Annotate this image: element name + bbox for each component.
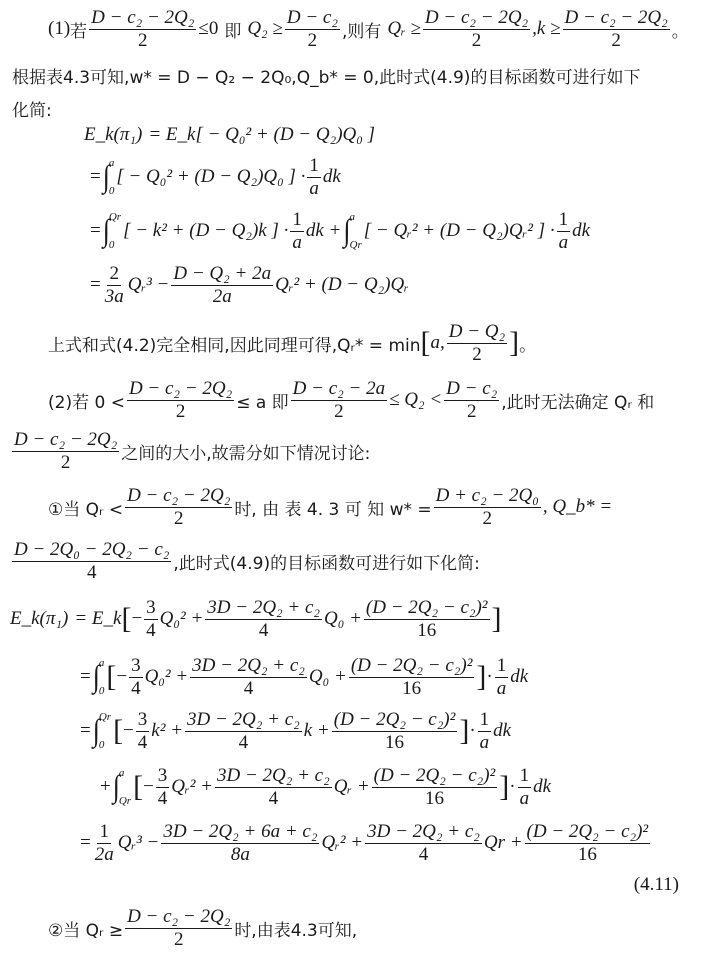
case2-line: (2)若 0 < D − c₂ − 2Q₂2 ≤ a 即 D − c₂ − 2a… bbox=[48, 377, 654, 423]
period: 。 bbox=[519, 331, 536, 356]
paragraph-text: 化简: bbox=[12, 96, 52, 121]
numerator: D − 2Q₀ − 2Q₂ − c₂ bbox=[12, 540, 171, 562]
denominator: 2 bbox=[172, 929, 186, 950]
numerator: 1 bbox=[290, 210, 304, 232]
numerator: 1 bbox=[518, 766, 532, 788]
term: Q₀² + bbox=[160, 608, 204, 630]
numerator: D − c₂ − 2Q₂ bbox=[423, 8, 530, 30]
fraction: 3D − 2Q₂ + c₂4 bbox=[215, 766, 332, 809]
numerator: 1 bbox=[557, 210, 571, 232]
text: 之间的大小,故需分如下情况讨论: bbox=[121, 439, 370, 464]
denominator: 4 bbox=[85, 562, 99, 583]
numerator: 3 bbox=[129, 656, 143, 678]
numerator: 3D − 2Q₂ + c₂ bbox=[365, 822, 482, 844]
denominator: 4 bbox=[267, 788, 281, 809]
equals: = bbox=[90, 166, 101, 188]
upper-limit: Qr bbox=[99, 711, 111, 723]
subcase-label: ①当 Qᵣ < bbox=[48, 495, 123, 520]
denominator: 2 bbox=[481, 508, 495, 529]
term: Q₀ + bbox=[324, 608, 362, 630]
numerator: 1 bbox=[495, 656, 509, 678]
differential: dk bbox=[493, 720, 511, 742]
text: , Q_b* = bbox=[543, 496, 612, 518]
minus: − bbox=[131, 608, 142, 630]
denominator: 4 bbox=[257, 620, 271, 641]
lower-limit: 0 bbox=[109, 239, 121, 251]
integral-icon: ∫ bbox=[103, 215, 110, 246]
denominator: 2 bbox=[609, 30, 623, 51]
denominator: 2 bbox=[470, 30, 484, 51]
numerator: 3D − 2Q₂ + c₂ bbox=[215, 766, 332, 788]
denominator: 2a bbox=[93, 844, 116, 865]
fraction: 1a bbox=[307, 156, 321, 199]
fraction: D − c₂ − 2a2 bbox=[291, 379, 387, 422]
denominator: a bbox=[495, 678, 509, 699]
paragraph-text: 上式和式(4.2)完全相同,因此同理可得,Qᵣ* = min bbox=[48, 331, 421, 356]
term: Qᵣ² + (D − Q₂)Qᵣ bbox=[275, 274, 409, 296]
denominator: 16 bbox=[576, 844, 599, 865]
denominator: 8a bbox=[229, 844, 252, 865]
integral: ∫a0 bbox=[93, 657, 105, 697]
upper-limit: Qr bbox=[109, 211, 121, 223]
numerator: (D − 2Q₂ − c₂)² bbox=[525, 822, 651, 844]
right-bracket: ] bbox=[459, 716, 469, 746]
term: Qr + bbox=[484, 832, 523, 854]
denominator: 16 bbox=[400, 678, 423, 699]
equation-line: = 12a Qᵣ³ − 3D − 2Q₂ + 6a + c₂8a Qᵣ² + 3… bbox=[80, 818, 652, 868]
fraction: (D − 2Q₂ − c₂)²16 bbox=[364, 598, 490, 641]
numerator: D − c₂ − 2Q₂ bbox=[125, 486, 232, 508]
denominator: 16 bbox=[415, 620, 438, 641]
numerator: (D − 2Q₂ − c₂)² bbox=[364, 598, 490, 620]
right-bracket: ] bbox=[509, 328, 519, 358]
integral-icon: ∫ bbox=[343, 215, 350, 246]
fraction: 34 bbox=[144, 598, 158, 641]
fraction: 3D − 2Q₂ + c₂4 bbox=[190, 656, 307, 699]
integrand: [ − k² + (D − Q₂)k ] · bbox=[123, 220, 288, 242]
fraction: 1a bbox=[478, 710, 492, 753]
numerator: (D − 2Q₂ − c₂)² bbox=[332, 710, 458, 732]
case-label: (1) bbox=[48, 18, 70, 40]
fraction: 34 bbox=[136, 710, 150, 753]
dot: · bbox=[509, 776, 515, 798]
numerator: D − c₂ − 2Q₂ bbox=[12, 430, 119, 452]
left-bracket: [ bbox=[421, 328, 431, 358]
fraction: D − c₂ − 2Q₂2 bbox=[127, 379, 234, 422]
dot: · bbox=[486, 666, 492, 688]
subcase1-line2: D − 2Q₀ − 2Q₂ − c₂4 ,此时式(4.9)的目标函数可进行如下化… bbox=[10, 538, 480, 584]
equation-line: = 23a Qᵣ³ − D − Q₂ + 2a2a Qᵣ² + (D − Q₂)… bbox=[90, 260, 409, 310]
fraction: 34 bbox=[156, 766, 170, 809]
right-bracket: ] bbox=[499, 772, 509, 802]
minus: − bbox=[116, 666, 127, 688]
numerator: 1 bbox=[97, 822, 111, 844]
case2-line2: D − c₂ − 2Q₂2 之间的大小,故需分如下情况讨论: bbox=[10, 428, 370, 474]
equation-number: (4.11) bbox=[634, 874, 679, 896]
fraction: D − 2Q₀ − 2Q₂ − c₂4 bbox=[12, 540, 171, 583]
text: 若 bbox=[70, 17, 87, 42]
subcase-label: ②当 Qᵣ ≥ bbox=[48, 916, 123, 941]
subcase2-line: ②当 Qᵣ ≥ D − c₂ − 2Q₂2 时,由表4.3可知, bbox=[48, 905, 357, 951]
denominator: a bbox=[478, 732, 492, 753]
denominator: 16 bbox=[383, 732, 406, 753]
text: 时, 由 表 4. 3 可 知 w* = bbox=[234, 495, 431, 520]
differential: dk bbox=[572, 220, 590, 242]
numerator: D − Q₂ bbox=[447, 322, 507, 344]
differential: dk bbox=[323, 166, 341, 188]
denominator: 2 bbox=[306, 30, 320, 51]
fraction: 3D − 2Q₂ + c₂4 bbox=[185, 710, 302, 753]
denominator: 4 bbox=[144, 620, 158, 641]
equation-line: = ∫Qr0 [ − k² + (D − Q₂)k ] · 1a dk + ∫a… bbox=[90, 204, 590, 258]
numerator: (D − 2Q₂ − c₂)² bbox=[372, 766, 498, 788]
numerator: 3D − 2Q₂ + c₂ bbox=[185, 710, 302, 732]
denominator: 16 bbox=[423, 788, 446, 809]
denominator: 2 bbox=[465, 401, 479, 422]
equals: = bbox=[90, 274, 101, 296]
numerator: 3 bbox=[144, 598, 158, 620]
numerator: D − c₂ − 2a bbox=[291, 379, 387, 401]
text: 时,由表4.3可知, bbox=[234, 916, 357, 941]
numerator: 3 bbox=[156, 766, 170, 788]
denominator: 2 bbox=[172, 508, 186, 529]
fraction: D − c₂2 bbox=[444, 379, 499, 422]
numerator: 3D − 2Q₂ + c₂ bbox=[205, 598, 322, 620]
fraction: D − Q₂2 bbox=[447, 322, 507, 365]
term: Qᵣ³ − bbox=[128, 274, 170, 296]
fraction: D + c₂ − 2Q₀2 bbox=[434, 486, 541, 529]
numerator: (D − 2Q₂ − c₂)² bbox=[349, 656, 475, 678]
denominator: 3a bbox=[103, 286, 126, 307]
fraction: (D − 2Q₂ − c₂)²16 bbox=[349, 656, 475, 699]
fraction: D − c₂ − 2Q₂2 bbox=[89, 8, 196, 51]
equals: = bbox=[90, 220, 101, 242]
denominator: 4 bbox=[129, 678, 143, 699]
integral: ∫aQr bbox=[343, 211, 361, 251]
denominator: a bbox=[290, 232, 304, 253]
fraction: 3D − 2Q₂ + c₂4 bbox=[205, 598, 322, 641]
integral-icon: ∫ bbox=[113, 771, 120, 802]
fraction: (D − 2Q₂ − c₂)²16 bbox=[332, 710, 458, 753]
denominator: 2 bbox=[136, 30, 150, 51]
term: Q₀ + bbox=[309, 666, 347, 688]
term: Qᵣ³ − bbox=[118, 832, 160, 854]
fraction: D − c₂ − 2Q₂2 bbox=[125, 907, 232, 950]
equation-line: = ∫a0 [ − 34 Q₀² + 3D − 2Q₂ + c₂4 Q₀ + (… bbox=[80, 650, 528, 704]
equation-line: E_k(π₁) = E_k[ − Q₀² + (D − Q₂)Q₀ ] bbox=[84, 120, 375, 150]
integrand: [ − Qᵣ² + (D − Q₂)Qᵣ² ] · bbox=[364, 220, 555, 242]
left-bracket: [ bbox=[113, 716, 123, 746]
minus: − bbox=[143, 776, 154, 798]
numerator: 3 bbox=[136, 710, 150, 732]
fraction: D − c₂ − 2Q₂2 bbox=[125, 486, 232, 529]
fraction: 3D − 2Q₂ + 6a + c₂8a bbox=[161, 822, 319, 865]
numerator: 3D − 2Q₂ + c₂ bbox=[190, 656, 307, 678]
denominator: 2 bbox=[470, 344, 484, 365]
equals: = bbox=[80, 720, 91, 742]
term: Qᵣ² + bbox=[171, 776, 213, 798]
integral-icon: ∫ bbox=[93, 715, 100, 746]
relation: Qᵣ ≥ bbox=[387, 18, 421, 40]
equals: = E_k bbox=[74, 608, 121, 630]
equation-line: + ∫aQr [ − 34 Qᵣ² + 3D − 2Q₂ + c₂4 Qᵣ + … bbox=[100, 760, 551, 814]
numerator: D − c₂ − 2Q₂ bbox=[563, 8, 670, 30]
fraction: 1a bbox=[557, 210, 571, 253]
fraction: (D − 2Q₂ − c₂)²16 bbox=[372, 766, 498, 809]
denominator: a bbox=[518, 788, 532, 809]
equals: = bbox=[80, 666, 91, 688]
differential: dk bbox=[533, 776, 551, 798]
numerator: D − c₂ − 2Q₂ bbox=[125, 907, 232, 929]
fraction: 1a bbox=[518, 766, 532, 809]
numerator: 1 bbox=[478, 710, 492, 732]
denominator: 4 bbox=[417, 844, 431, 865]
denominator: 4 bbox=[242, 678, 256, 699]
numerator: D − c₂ bbox=[285, 8, 340, 30]
paragraph-text: 根据表4.3可知,w* = D − Q₂ − 2Q₀,Q_b* = 0,此时式(… bbox=[12, 63, 640, 88]
integrand: [ − Q₀² + (D − Q₂)Q₀ ] · bbox=[116, 166, 305, 188]
paragraph-line: 化简: bbox=[12, 96, 52, 121]
fraction: (D − 2Q₂ − c₂)²16 bbox=[525, 822, 651, 865]
equation-rhs: = E_k[ − Q₀² + (D − Q₂)Q₀ ] bbox=[148, 124, 375, 146]
equation-line: = ∫Qr0 [ − 34 k² + 3D − 2Q₂ + c₂4 k + (D… bbox=[80, 704, 511, 758]
relation: ≤ Q₂ < bbox=[389, 389, 442, 411]
relation: Q₂ ≥ bbox=[247, 18, 283, 40]
left-bracket: [ bbox=[133, 772, 143, 802]
denominator: a bbox=[557, 232, 571, 253]
term: Qᵣ² + bbox=[321, 832, 363, 854]
denominator: 2 bbox=[59, 452, 73, 473]
term: Qᵣ + bbox=[334, 776, 370, 798]
equals: = bbox=[80, 832, 91, 854]
equation-lhs: E_k(π₁) bbox=[84, 124, 142, 146]
fraction: 23a bbox=[103, 264, 126, 307]
differential: dk + bbox=[306, 220, 342, 242]
fraction: 12a bbox=[93, 822, 116, 865]
period: 。 bbox=[672, 17, 689, 42]
fraction: D − c₂2 bbox=[285, 8, 340, 51]
integral-icon: ∫ bbox=[103, 161, 110, 192]
numerator: 2 bbox=[107, 264, 121, 286]
equation-number-text: (4.11) bbox=[634, 874, 679, 896]
integral: ∫aQr bbox=[113, 767, 131, 807]
denominator: 4 bbox=[136, 732, 150, 753]
upper-limit: a bbox=[119, 767, 131, 779]
numerator: D + c₂ − 2Q₀ bbox=[434, 486, 541, 508]
denominator: a bbox=[307, 178, 321, 199]
lower-limit: Qr bbox=[119, 795, 131, 807]
text: ,此时式(4.9)的目标函数可进行如下化简: bbox=[173, 549, 479, 574]
left-bracket: [ bbox=[106, 662, 116, 692]
fraction: 34 bbox=[129, 656, 143, 699]
fraction: D − Q₂ + 2a2a bbox=[171, 264, 273, 307]
case1-line: (1) 若 D − c₂ − 2Q₂2 ≤0 即 Q₂ ≥ D − c₂2 ,则… bbox=[48, 6, 689, 52]
plus: + bbox=[100, 776, 111, 798]
dot: · bbox=[469, 720, 475, 742]
denominator: 4 bbox=[156, 788, 170, 809]
fraction: 1a bbox=[290, 210, 304, 253]
equation-line: E_k(π₁) = E_k [ − 34 Q₀² + 3D − 2Q₂ + c₂… bbox=[10, 594, 502, 644]
denominator: 4 bbox=[237, 732, 251, 753]
equation-lhs: E_k(π₁) bbox=[10, 608, 68, 630]
numerator: D − c₂ bbox=[444, 379, 499, 401]
equation-line: = ∫a0 [ − Q₀² + (D − Q₂)Q₀ ] · 1a dk bbox=[90, 152, 341, 202]
denominator: 2 bbox=[174, 401, 188, 422]
denominator: 2 bbox=[332, 401, 346, 422]
text: ,此时无法确定 Qᵣ 和 bbox=[501, 388, 654, 413]
term: Q₀² + bbox=[145, 666, 189, 688]
denominator: 2a bbox=[211, 286, 234, 307]
fraction: 1a bbox=[495, 656, 509, 699]
relation: ≤0 bbox=[198, 18, 218, 40]
paragraph-line: 根据表4.3可知,w* = D − Q₂ − 2Q₀,Q_b* = 0,此时式(… bbox=[12, 63, 640, 88]
upper-limit: a bbox=[350, 211, 362, 223]
subcase1-line: ①当 Qᵣ < D − c₂ − 2Q₂2 时, 由 表 4. 3 可 知 w*… bbox=[48, 484, 612, 530]
term: k² + bbox=[151, 720, 183, 742]
right-bracket: ] bbox=[476, 662, 486, 692]
lower-limit: Qr bbox=[350, 239, 362, 251]
integral-icon: ∫ bbox=[93, 661, 100, 692]
integral: ∫a0 bbox=[103, 157, 115, 197]
numerator: 3D − 2Q₂ + 6a + c₂ bbox=[161, 822, 319, 844]
relation: ,k ≥ bbox=[532, 18, 560, 40]
fraction: D − c₂ − 2Q₂2 bbox=[423, 8, 530, 51]
case-label: (2)若 0 < bbox=[48, 388, 125, 413]
numerator: D − c₂ − 2Q₂ bbox=[127, 379, 234, 401]
fraction: D − c₂ − 2Q₂2 bbox=[12, 430, 119, 473]
relation: ≤ a 即 bbox=[236, 388, 288, 413]
integral: ∫Qr0 bbox=[93, 711, 111, 751]
numerator: D − c₂ − 2Q₂ bbox=[89, 8, 196, 30]
fraction: D − c₂ − 2Q₂2 bbox=[563, 8, 670, 51]
numerator: D − Q₂ + 2a bbox=[171, 264, 273, 286]
integral: ∫Qr0 bbox=[103, 211, 121, 251]
term: k + bbox=[304, 720, 330, 742]
text: 即 bbox=[224, 17, 241, 42]
minus: − bbox=[123, 720, 134, 742]
left-bracket: [ bbox=[121, 604, 131, 634]
term: a, bbox=[431, 332, 445, 354]
text: ,则有 bbox=[342, 17, 381, 42]
lower-limit: 0 bbox=[99, 739, 111, 751]
fraction: 3D − 2Q₂ + c₂4 bbox=[365, 822, 482, 865]
right-bracket: ] bbox=[492, 604, 502, 634]
differential: dk bbox=[510, 666, 528, 688]
numerator: 1 bbox=[307, 156, 321, 178]
paragraph-line: 上式和式(4.2)完全相同,因此同理可得,Qᵣ* = min [ a, D − … bbox=[48, 318, 536, 368]
